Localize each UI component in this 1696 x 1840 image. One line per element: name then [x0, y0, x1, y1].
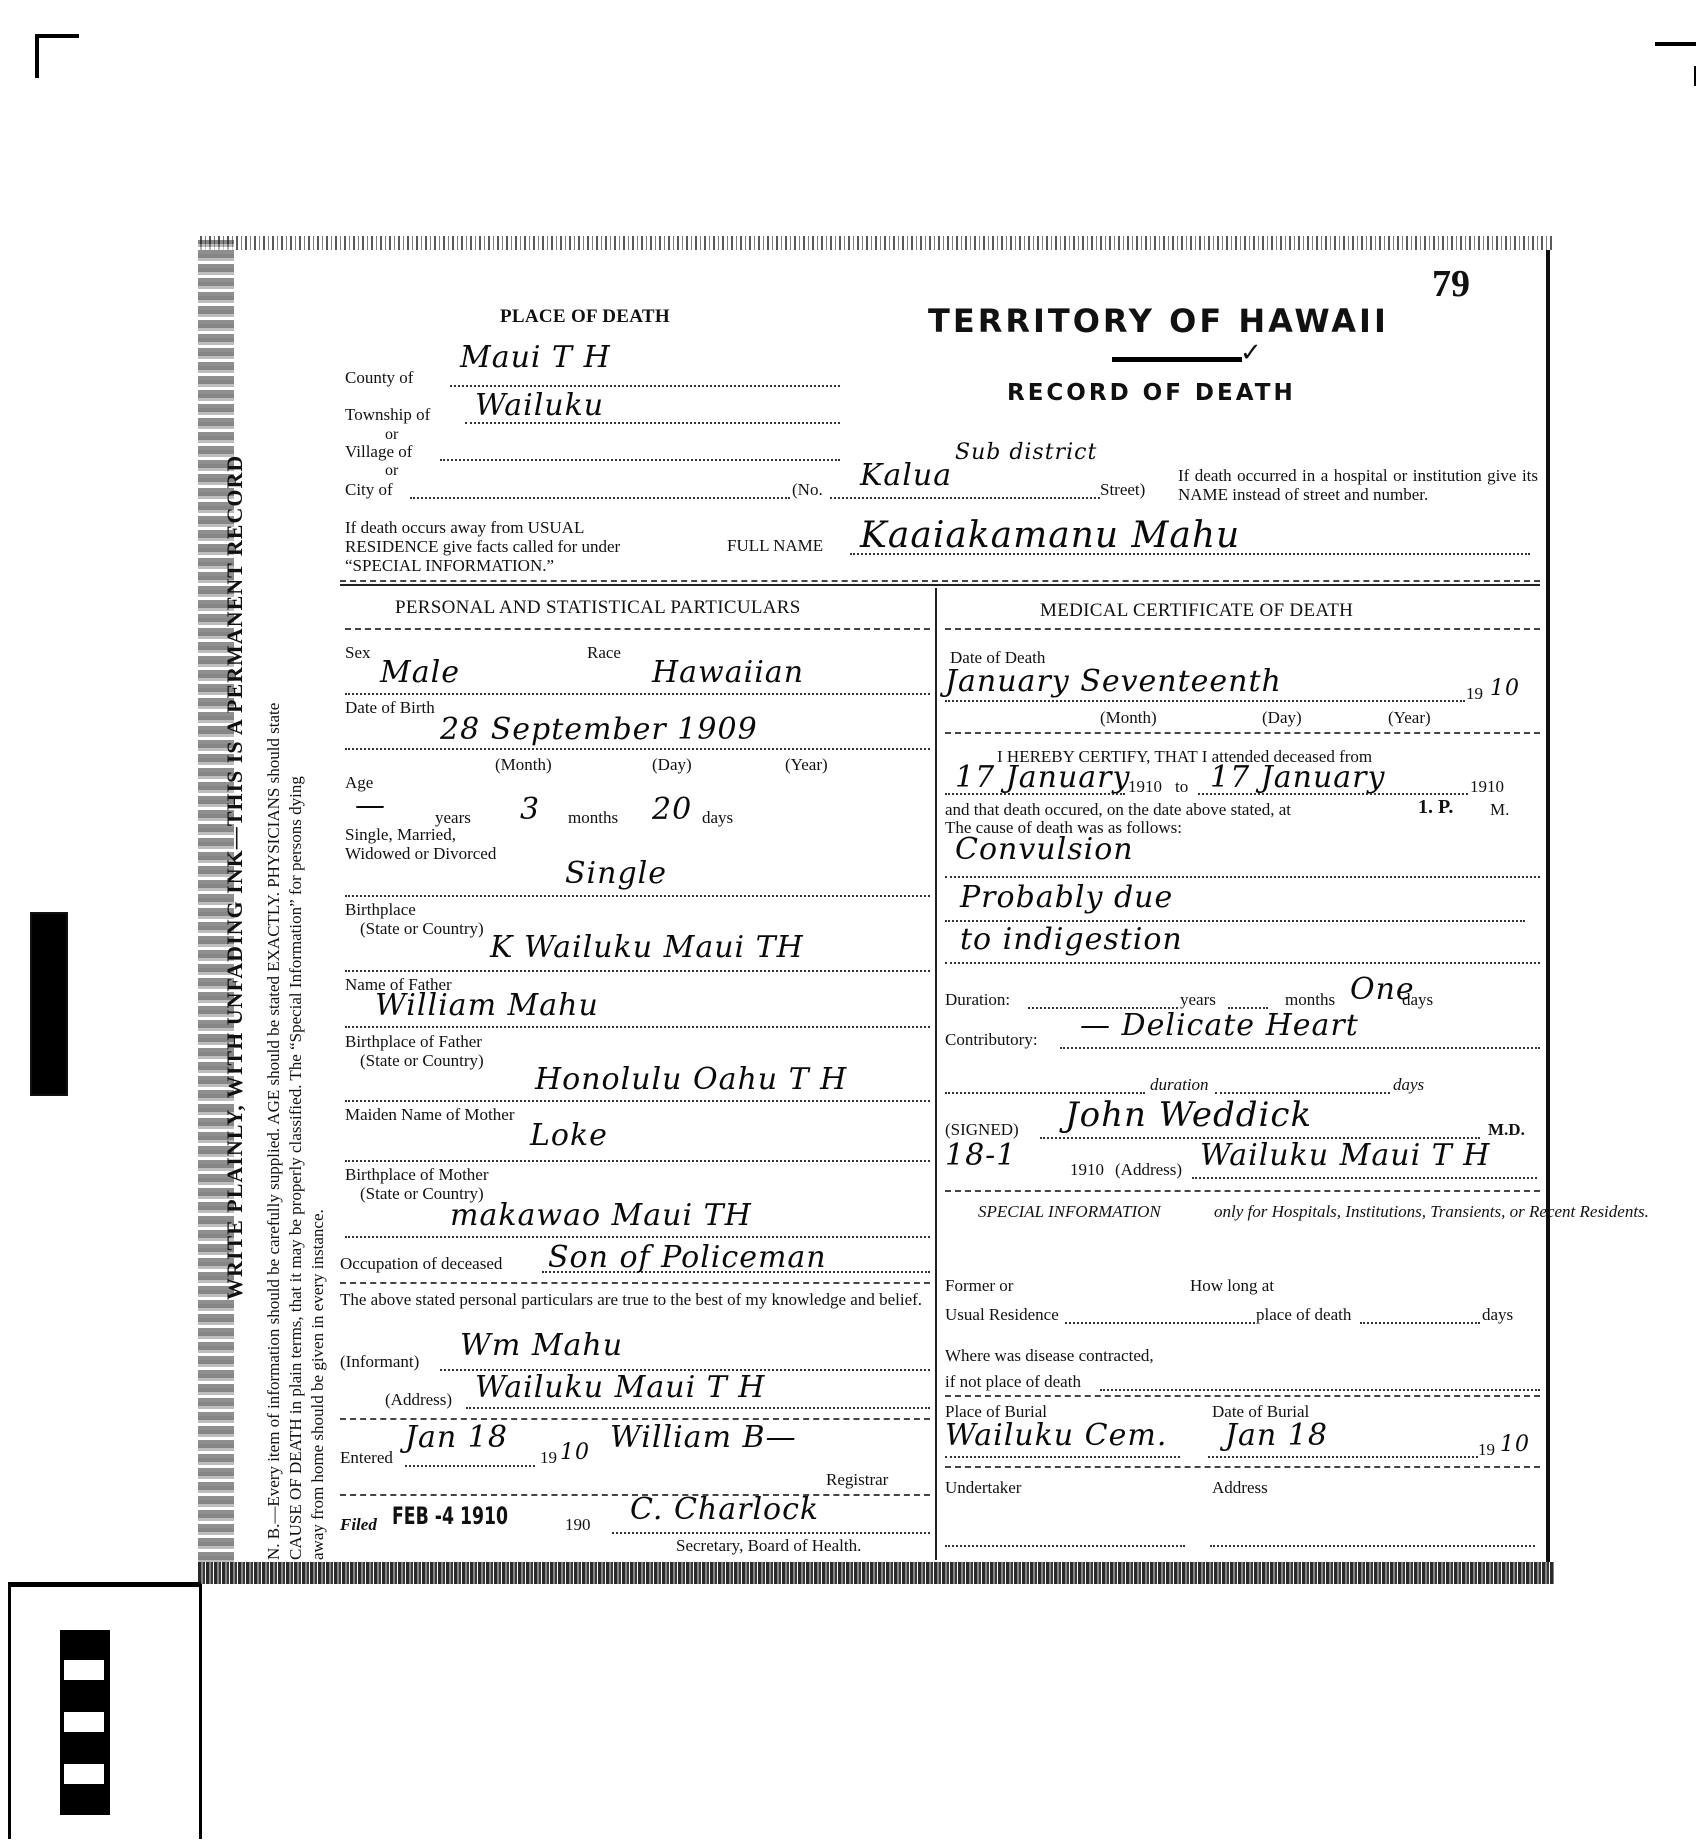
mother-birthplace-field[interactable]: makawao Maui TH — [450, 1198, 752, 1233]
attestation-text: The above stated personal particulars ar… — [340, 1290, 930, 1309]
place-of-burial-field[interactable]: Wailuku Cem. — [945, 1418, 1167, 1453]
cause-line-2[interactable]: Probably due — [960, 880, 1173, 915]
usual-residence-field[interactable] — [1065, 1322, 1255, 1324]
former-label: Former or — [945, 1276, 1013, 1295]
contrib-duration-label: duration — [1150, 1075, 1209, 1094]
city-field[interactable] — [410, 497, 790, 499]
scan-edge-top — [200, 236, 1552, 250]
street-annotation: Sub district — [955, 440, 1097, 465]
full-name-label: FULL NAME — [727, 536, 823, 555]
marital-line — [345, 895, 930, 897]
binder-tab-left — [30, 912, 68, 1096]
registrar-label: Registrar — [826, 1470, 888, 1489]
signed-year: 1910 — [1070, 1160, 1104, 1179]
father-birthplace-sub-label: (State or Country) — [360, 1051, 484, 1070]
to-label: to — [1175, 777, 1188, 796]
dob-month-label: (Month) — [495, 755, 552, 774]
check-mark-icon: ✓ — [1240, 338, 1262, 368]
physician-address-field[interactable]: Wailuku Maui T H — [1200, 1138, 1490, 1173]
contrib-duration-field[interactable] — [1215, 1092, 1390, 1094]
filed-year-prefix: 190 — [565, 1515, 591, 1534]
entered-label: Entered — [340, 1448, 393, 1467]
occupation-field[interactable]: Son of Policeman — [548, 1240, 827, 1275]
cause-line-1[interactable]: Convulsion — [955, 832, 1134, 867]
date-of-death-rule — [945, 732, 1540, 734]
mother-birthplace-label: Birthplace of Mother — [345, 1165, 489, 1184]
death-time-text: and that death occured, on the date abov… — [945, 800, 1291, 819]
secretary-line — [612, 1532, 930, 1534]
informant-address-label: (Address) — [385, 1390, 452, 1409]
duration-label: Duration: — [945, 990, 1010, 1009]
county-label: County of — [345, 368, 413, 387]
special-heading-caps: SPECIAL INFORMATION — [978, 1202, 1161, 1221]
record-of-death-title: RECORD OF DEATH — [1007, 380, 1296, 406]
dob-day-label: (Day) — [652, 755, 692, 774]
signed-label: (SIGNED) — [945, 1120, 1019, 1139]
village-label: Village of — [345, 442, 412, 461]
date-of-burial-line — [1208, 1456, 1478, 1458]
age-days-field[interactable]: 20 — [652, 792, 692, 827]
burial-year-field[interactable]: 10 — [1500, 1432, 1530, 1457]
cause-line-1-rule — [945, 876, 1540, 878]
duration-days-label: days — [1402, 990, 1433, 1009]
or-label-2: or — [385, 461, 398, 480]
marital-status-field[interactable]: Single — [565, 856, 667, 891]
crop-mark-top-left — [35, 34, 79, 78]
village-field[interactable] — [440, 459, 840, 461]
signed-date-field[interactable]: 18-1 — [945, 1138, 1016, 1173]
where-contracted-rule — [945, 1395, 1540, 1397]
md-label: M.D. — [1488, 1120, 1525, 1139]
personal-title-rule — [345, 628, 930, 630]
date-of-death-year-prefix: 19 — [1466, 684, 1483, 703]
margin-note-line-1: N. B.—Every item of information should b… — [264, 703, 284, 1560]
occupation-label: Occupation of deceased — [340, 1254, 502, 1273]
attended-to-line — [1198, 793, 1468, 795]
form-border-right — [1546, 250, 1550, 1562]
special-heading-rest: only for Hospitals, Institutions, Transi… — [1214, 1202, 1649, 1221]
age-years-field[interactable]: — — [355, 788, 386, 823]
sex-field[interactable]: Male — [380, 655, 460, 690]
entered-date-field[interactable]: Jan 18 — [405, 1420, 508, 1455]
where-contracted-label-2: if not place of death — [945, 1372, 1081, 1391]
duration-months-label: months — [1285, 990, 1335, 1009]
cause-line-3[interactable]: to indigestion — [960, 922, 1183, 957]
crop-mark-top-right — [1655, 42, 1696, 46]
race-field[interactable]: Hawaiian — [652, 655, 804, 690]
age-months-field[interactable]: 3 — [520, 792, 540, 827]
dob-label: Date of Birth — [345, 698, 435, 717]
usual-residence-label: Usual Residence — [945, 1305, 1059, 1324]
street-close-label: Street) — [1100, 480, 1145, 499]
mother-maiden-label: Maiden Name of Mother — [345, 1105, 514, 1124]
township-field[interactable]: Wailuku — [475, 388, 604, 423]
father-birthplace-field[interactable]: Honolulu Oahu T H — [535, 1062, 847, 1097]
father-name-line — [345, 1026, 930, 1028]
entered-year-prefix: 19 — [540, 1448, 557, 1467]
street-field[interactable]: Kalua — [860, 458, 952, 493]
physician-address-line — [1192, 1177, 1537, 1179]
date-of-death-line — [945, 700, 1465, 702]
age-months-label: months — [568, 808, 618, 827]
street-open-label: (No. — [792, 480, 823, 499]
margin-note-line-2: CAUSE OF DEATH in plain terms, that it m… — [286, 776, 306, 1560]
contributory-label: Contributory: — [945, 1030, 1038, 1049]
attended-to-year: 1910 — [1470, 777, 1504, 796]
personal-section-title: PERSONAL AND STATISTICAL PARTICULARS — [395, 597, 801, 619]
death-day-label: (Day) — [1262, 708, 1302, 727]
contrib-cause-field[interactable] — [945, 1092, 1145, 1094]
attended-to-field[interactable]: 17 January — [1210, 760, 1385, 795]
sex-label: Sex — [345, 643, 371, 662]
father-name-field[interactable]: William Mahu — [375, 988, 599, 1023]
city-label: City of — [345, 480, 393, 499]
death-year-label: (Year) — [1388, 708, 1431, 727]
how-long-days-label: days — [1482, 1305, 1513, 1324]
death-month-label: (Month) — [1100, 708, 1157, 727]
occupation-rule — [340, 1282, 930, 1284]
how-long-field[interactable] — [1360, 1322, 1480, 1324]
signed-rule — [945, 1190, 1540, 1192]
entered-line — [405, 1465, 535, 1467]
how-long-label: How long at — [1190, 1276, 1274, 1295]
place-of-death-days-label: place of death — [1256, 1305, 1351, 1324]
mother-maiden-field[interactable]: Loke — [530, 1118, 608, 1153]
birthplace-sub-label: (State or Country) — [360, 919, 484, 938]
mother-maiden-line — [345, 1160, 930, 1162]
margin-note-line-3: away from home should be given in every … — [308, 1209, 328, 1560]
header-divider — [340, 580, 1540, 582]
age-days-label: days — [702, 808, 733, 827]
undertaker-address-label: Address — [1212, 1478, 1268, 1497]
cause-line-3-rule — [945, 962, 1540, 964]
informant-address-line — [466, 1407, 930, 1409]
marital-label-2: Widowed or Divorced — [345, 844, 496, 863]
hospital-note: If death occurred in a hospital or insti… — [1178, 466, 1538, 504]
dob-line — [345, 748, 930, 750]
where-contracted-label-1: Where was disease contracted, — [945, 1346, 1154, 1365]
county-field[interactable]: Maui T H — [460, 340, 611, 375]
usual-residence-note: If death occurs away from USUAL RESIDENC… — [345, 518, 675, 575]
column-divider — [935, 588, 937, 1560]
undertaker-field[interactable] — [945, 1545, 1185, 1547]
medical-title-rule — [945, 628, 1540, 630]
contributory-field[interactable]: — Delicate Heart — [1080, 1008, 1359, 1043]
county-line — [450, 385, 840, 387]
undertaker-label: Undertaker — [945, 1478, 1021, 1497]
death-time-suffix: M. — [1490, 800, 1509, 819]
informant-address-field[interactable]: Wailuku Maui T H — [475, 1370, 765, 1405]
informant-field[interactable]: Wm Mahu — [460, 1328, 623, 1363]
father-birthplace-label: Birthplace of Father — [345, 1032, 482, 1051]
sex-race-line — [345, 693, 930, 695]
dob-year-label: (Year) — [785, 755, 828, 774]
scan-edge-bottom — [198, 1562, 1554, 1584]
date-of-death-field[interactable]: January Seventeenth — [945, 664, 1282, 699]
filed-label: Filed — [340, 1515, 377, 1534]
date-of-death-year-field[interactable]: 10 — [1490, 676, 1520, 701]
place-of-death-title: PLACE OF DEATH — [500, 306, 670, 328]
street-line — [830, 497, 1100, 499]
birthplace-label: Birthplace — [345, 900, 416, 919]
contributory-line — [1060, 1047, 1540, 1049]
informant-label: (Informant) — [340, 1352, 419, 1371]
birthplace-line — [345, 970, 930, 972]
medical-section-title: MEDICAL CERTIFICATE OF DEATH — [1040, 600, 1353, 622]
secretary-label: Secretary, Board of Health. — [676, 1536, 861, 1555]
margin-permanent-record: WRITE PLAINLY, WITH UNFADING INK—THIS IS… — [222, 455, 248, 1300]
marital-label-1: Single, Married, — [345, 825, 456, 844]
binder-tab-bottom — [60, 1630, 110, 1815]
undertaker-address-field[interactable] — [1210, 1545, 1535, 1547]
dob-field[interactable]: 28 September 1909 — [440, 712, 758, 747]
header-divider-2 — [340, 584, 1540, 586]
duration-years-label: years — [1180, 990, 1216, 1009]
mother-birthplace-line — [345, 1236, 930, 1238]
burial-rule — [945, 1466, 1540, 1468]
physician-address-label: (Address) — [1115, 1160, 1182, 1179]
full-name-field[interactable]: Kaaiakamanu Mahu — [860, 515, 1240, 556]
death-time-field[interactable]: 1. P. — [1418, 798, 1453, 817]
date-of-burial-field[interactable]: Jan 18 — [1225, 1418, 1328, 1453]
race-label: Race — [587, 643, 621, 662]
registrar-signature[interactable]: William B— — [610, 1420, 797, 1455]
father-birthplace-line — [345, 1100, 930, 1102]
where-contracted-field[interactable] — [1100, 1389, 1540, 1391]
form-number: 79 — [1432, 262, 1470, 306]
physician-signature[interactable]: John Weddick — [1065, 1095, 1312, 1135]
attended-from-field[interactable]: 17 January — [955, 760, 1130, 795]
contrib-days-label: days — [1393, 1075, 1424, 1094]
title-underline — [1112, 357, 1242, 362]
place-of-burial-line — [945, 1456, 1180, 1458]
attended-from-year: 1910 — [1128, 777, 1162, 796]
birthplace-field[interactable]: K Wailuku Maui TH — [490, 930, 804, 965]
filed-stamp: FEB -4 1910 — [392, 1502, 508, 1530]
attended-from-line — [945, 793, 1125, 795]
secretary-signature[interactable]: C. Charlock — [630, 1492, 819, 1527]
entered-year-field[interactable]: 10 — [560, 1440, 590, 1465]
burial-year-prefix: 19 — [1478, 1440, 1495, 1459]
township-label: Township of — [345, 405, 430, 424]
territory-title: TERRITORY OF HAWAII — [928, 302, 1389, 340]
